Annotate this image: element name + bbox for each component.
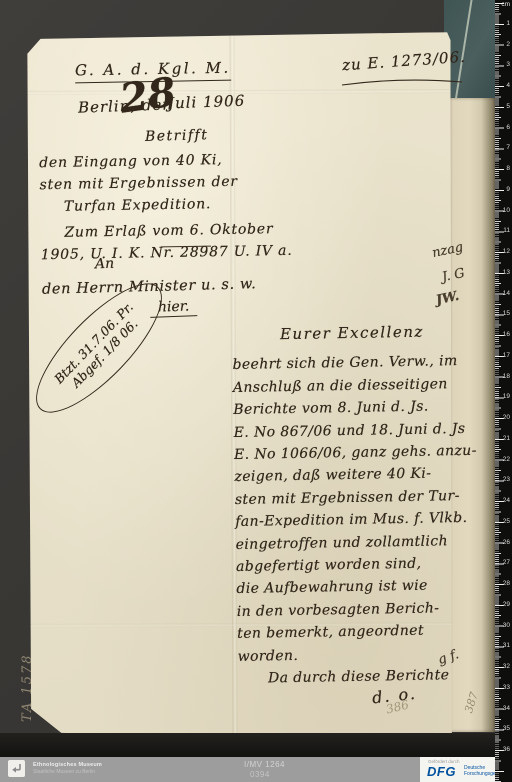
subject-label: Betrifft — [145, 127, 209, 145]
body-line: Da durch diese Berichte — [268, 664, 462, 690]
salutation: Eurer Excellenz — [280, 320, 456, 345]
ruler-number: 35 — [503, 725, 510, 732]
ruler-number: 23 — [503, 476, 510, 483]
ruler-number: 22 — [503, 456, 510, 463]
subject-line: Turfan Expedition. — [64, 192, 292, 218]
ruler-number: 27 — [503, 559, 510, 566]
ruler-number: 10 — [503, 207, 510, 214]
ruler-number: 31 — [503, 642, 510, 649]
ruler-number: 2 — [506, 41, 510, 48]
ruler-number: 16 — [503, 331, 510, 338]
scanned-document-page: zu E. 1273/06. G. A. d. Kgl. M. Berlin, … — [0, 0, 512, 782]
arrow-return-icon — [8, 760, 25, 777]
ruler-number: 9 — [506, 186, 510, 193]
scan-footer-bar: Ethnologisches Museum Staatliche Museen … — [0, 757, 512, 782]
ruler-number: 12 — [503, 248, 510, 255]
ruler-number: 26 — [503, 539, 510, 546]
ruler-number: 11 — [503, 227, 510, 234]
scan-bottom-shadow — [0, 733, 512, 757]
ruler-number: 4 — [506, 82, 510, 89]
ruler-number: 17 — [503, 352, 510, 359]
ruler-unit-label: cm — [501, 1, 510, 8]
subject-line: 1905, U. I. K. Nr. 28987 U. IV a. — [41, 240, 293, 266]
address-an: An — [95, 256, 115, 273]
ruler-number: 29 — [503, 601, 510, 608]
scan-id-sequence: 0394 — [250, 770, 270, 779]
ruler-number: 34 — [503, 705, 510, 712]
dfg-logo: DFG — [427, 764, 456, 779]
museum-parent-org: Staatliche Museen zu Berlin — [33, 769, 95, 775]
scan-id-signature: I/MV 1264 — [244, 760, 285, 769]
subject-text: den Eingang von 40 Ki, sten mit Ergebnis… — [39, 148, 293, 266]
ruler-number: 33 — [503, 684, 510, 691]
scan-ruler: cm 1234567891011121314151617181920212223… — [495, 0, 512, 782]
ruler-number: 8 — [506, 165, 510, 172]
museum-logo — [8, 760, 25, 777]
pencil-archive-number: TA 1578 — [20, 653, 35, 722]
registry-underline-flourish — [338, 76, 466, 88]
ruler-number: 5 — [506, 103, 510, 110]
ruler-number: 19 — [503, 393, 510, 400]
museum-name: Ethnologisches Museum — [33, 762, 102, 768]
body-line: in den vorbesagten Berich- — [237, 597, 461, 623]
ruler-number: 30 — [503, 622, 510, 629]
body-line: eingetroffen und zollamtlich — [235, 530, 459, 556]
ruler-number: 6 — [506, 124, 510, 131]
ruler-number: 25 — [503, 518, 510, 525]
ruler-number: 21 — [503, 435, 510, 442]
ruler-number: 15 — [503, 310, 510, 317]
ruler-number: 28 — [503, 580, 510, 587]
ruler-number: 14 — [503, 290, 510, 297]
ruler-number: 24 — [503, 497, 510, 504]
ruler-number: 32 — [503, 663, 510, 670]
ruler-number: 18 — [503, 373, 510, 380]
date-suffix: Juli 1906 — [168, 92, 246, 113]
ruler-number: 13 — [503, 269, 510, 276]
ruler-number: 7 — [506, 144, 510, 151]
letter-body: Eurer Excellenz beehrt sich die Gen. Ver… — [232, 320, 462, 690]
ruler-number: 36 — [503, 746, 510, 753]
ruler-number: 3 — [506, 61, 510, 68]
ruler-number: 20 — [503, 414, 510, 421]
ruler-number: 1 — [506, 20, 510, 27]
